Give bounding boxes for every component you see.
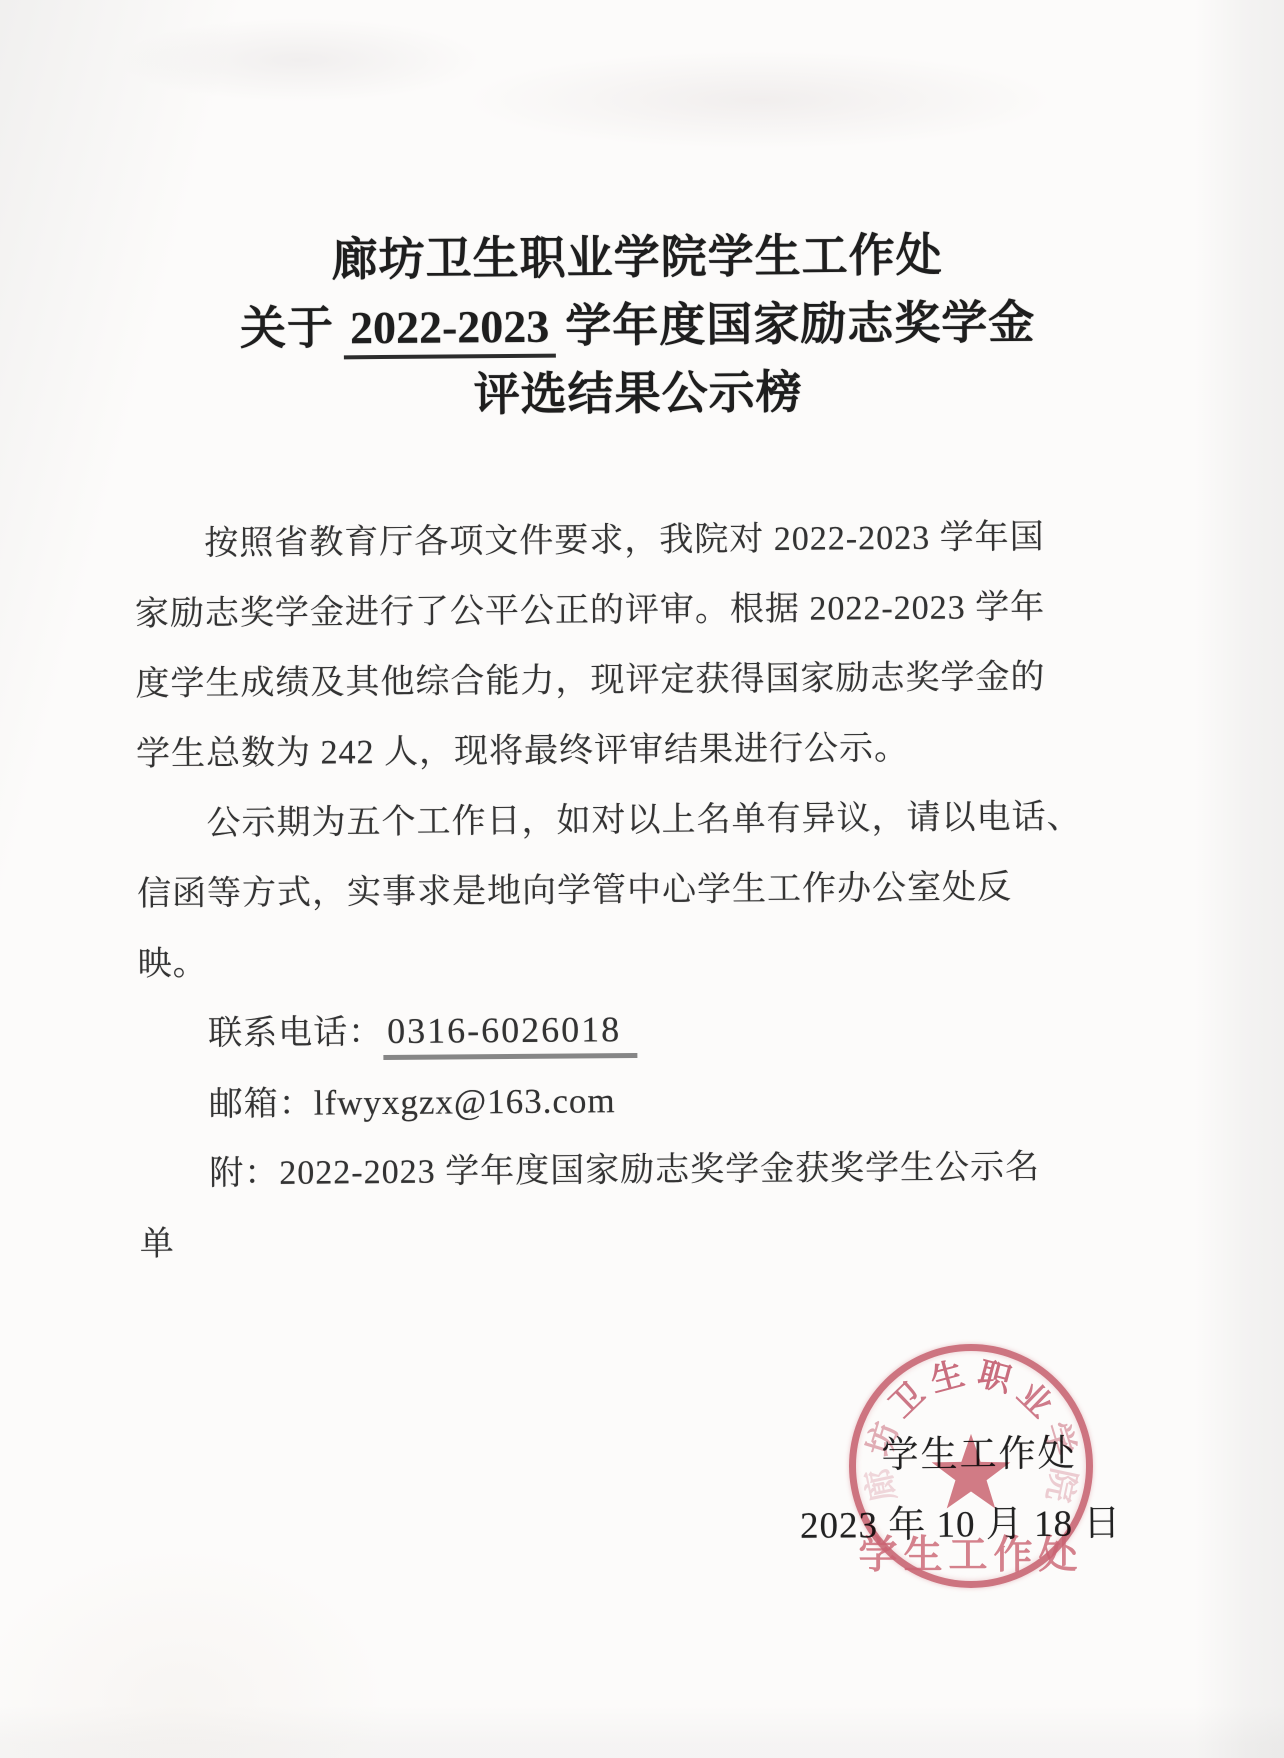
document-content: 廊坊卫生职业学院学生工作处 关于2022-2023学年度国家励志奖学金 评选结果… [0,0,1284,1758]
title-academic-year: 2022-2023 [344,301,556,360]
scanned-document-page: 廊坊卫生职业学院学生工作处 关于2022-2023学年度国家励志奖学金 评选结果… [0,0,1284,1758]
attachment-line: 附：2022-2023 学年度国家励志奖学金获奖学生公示名 [139,1132,1160,1210]
body-line: 度学生成绩及其他综合能力，现评定获得国家励志奖学金的 [135,642,1156,720]
signature-date: 2023 年 10 月 18 日 [800,1492,1122,1549]
document-title-line-2: 关于2022-2023学年度国家励志奖学金 [0,293,1280,358]
body-line: 信函等方式，实事求是地向学管中心学生工作办公室处反 [137,852,1158,930]
contact-email-value: lfwyxgzx@163.com [314,1081,616,1122]
contact-email-label: 邮箱： [209,1086,314,1124]
attachment-line: 单 [140,1202,1161,1280]
signature-department: 学生工作处 [881,1423,1076,1479]
body-line: 映。 [137,922,1158,1000]
document-title-line-1: 廊坊卫生职业学院学生工作处 [0,225,1279,289]
body-text: 按照省教育厅各项文件要求，我院对 2022-2023 学年国 家励志奖学金进行了… [134,502,1160,1280]
body-line: 按照省教育厅各项文件要求，我院对 2022-2023 学年国 [134,502,1155,580]
title-line-2-prefix: 关于 [240,301,334,354]
body-line: 学生总数为 242 人，现将最终评审结果进行公示。 [136,712,1157,790]
body-line: 公示期为五个工作日，如对以上名单有异议，请以电话、 [136,782,1157,860]
body-line: 家励志奖学金进行了公平公正的评审。根据 2022-2023 学年 [135,572,1156,650]
contact-phone-number: 0316-6026018 [383,1007,637,1060]
contact-email-line: 邮箱：lfwyxgzx@163.com [138,1062,1159,1140]
contact-phone-label: 联系电话： [208,1014,383,1052]
document-title-line-3: 评选结果公示榜 [0,361,1280,425]
title-line-2-suffix: 学年度国家励志奖学金 [565,296,1035,352]
contact-phone-line: 联系电话：0316-6026018 [138,992,1159,1070]
